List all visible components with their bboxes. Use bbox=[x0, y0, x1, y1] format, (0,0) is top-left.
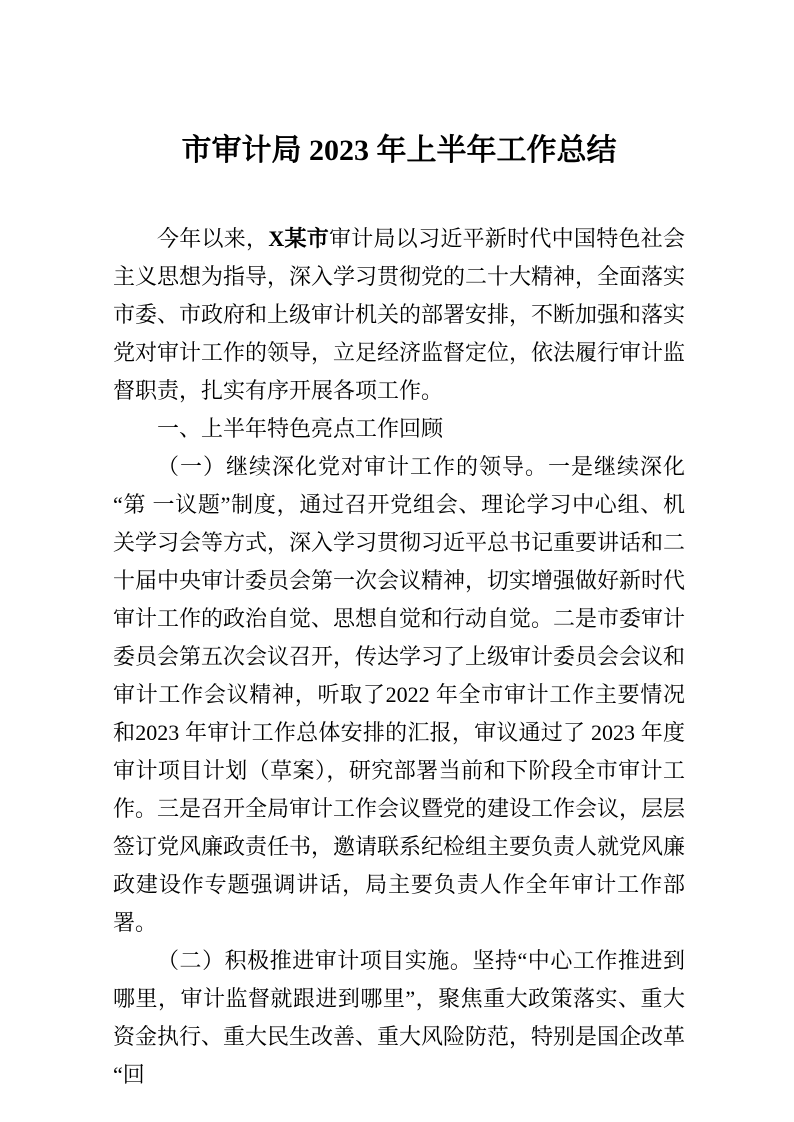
document-page: 市审计局 2023 年上半年工作总结 今年以来，X某市审计局以习近平新时代中国特… bbox=[0, 0, 794, 1122]
intro-paragraph: 今年以来，X某市审计局以习近平新时代中国特色社会主义思想为指导，深入学习贯彻党的… bbox=[113, 220, 685, 410]
section-one-paragraph-1: （一）继续深化党对审计工作的领导。一是继续深化“第 一议题”制度，通过召开党组会… bbox=[113, 448, 685, 942]
document-title: 市审计局 2023 年上半年工作总结 bbox=[113, 132, 685, 170]
intro-text-after: 审计局以习近平新时代中国特色社会主义思想为指导，深入学习贯彻党的二十大精神，全面… bbox=[113, 226, 685, 403]
section-one-paragraph-2: （二）积极推进审计项目实施。坚持“中心工作推进到哪里，审计监督就跟进到哪里”，聚… bbox=[113, 942, 685, 1094]
intro-text-before: 今年以来， bbox=[157, 226, 268, 251]
section-one-heading: 一、上半年特色亮点工作回顾 bbox=[113, 410, 685, 448]
intro-city-name-bold: X某市 bbox=[268, 226, 329, 251]
